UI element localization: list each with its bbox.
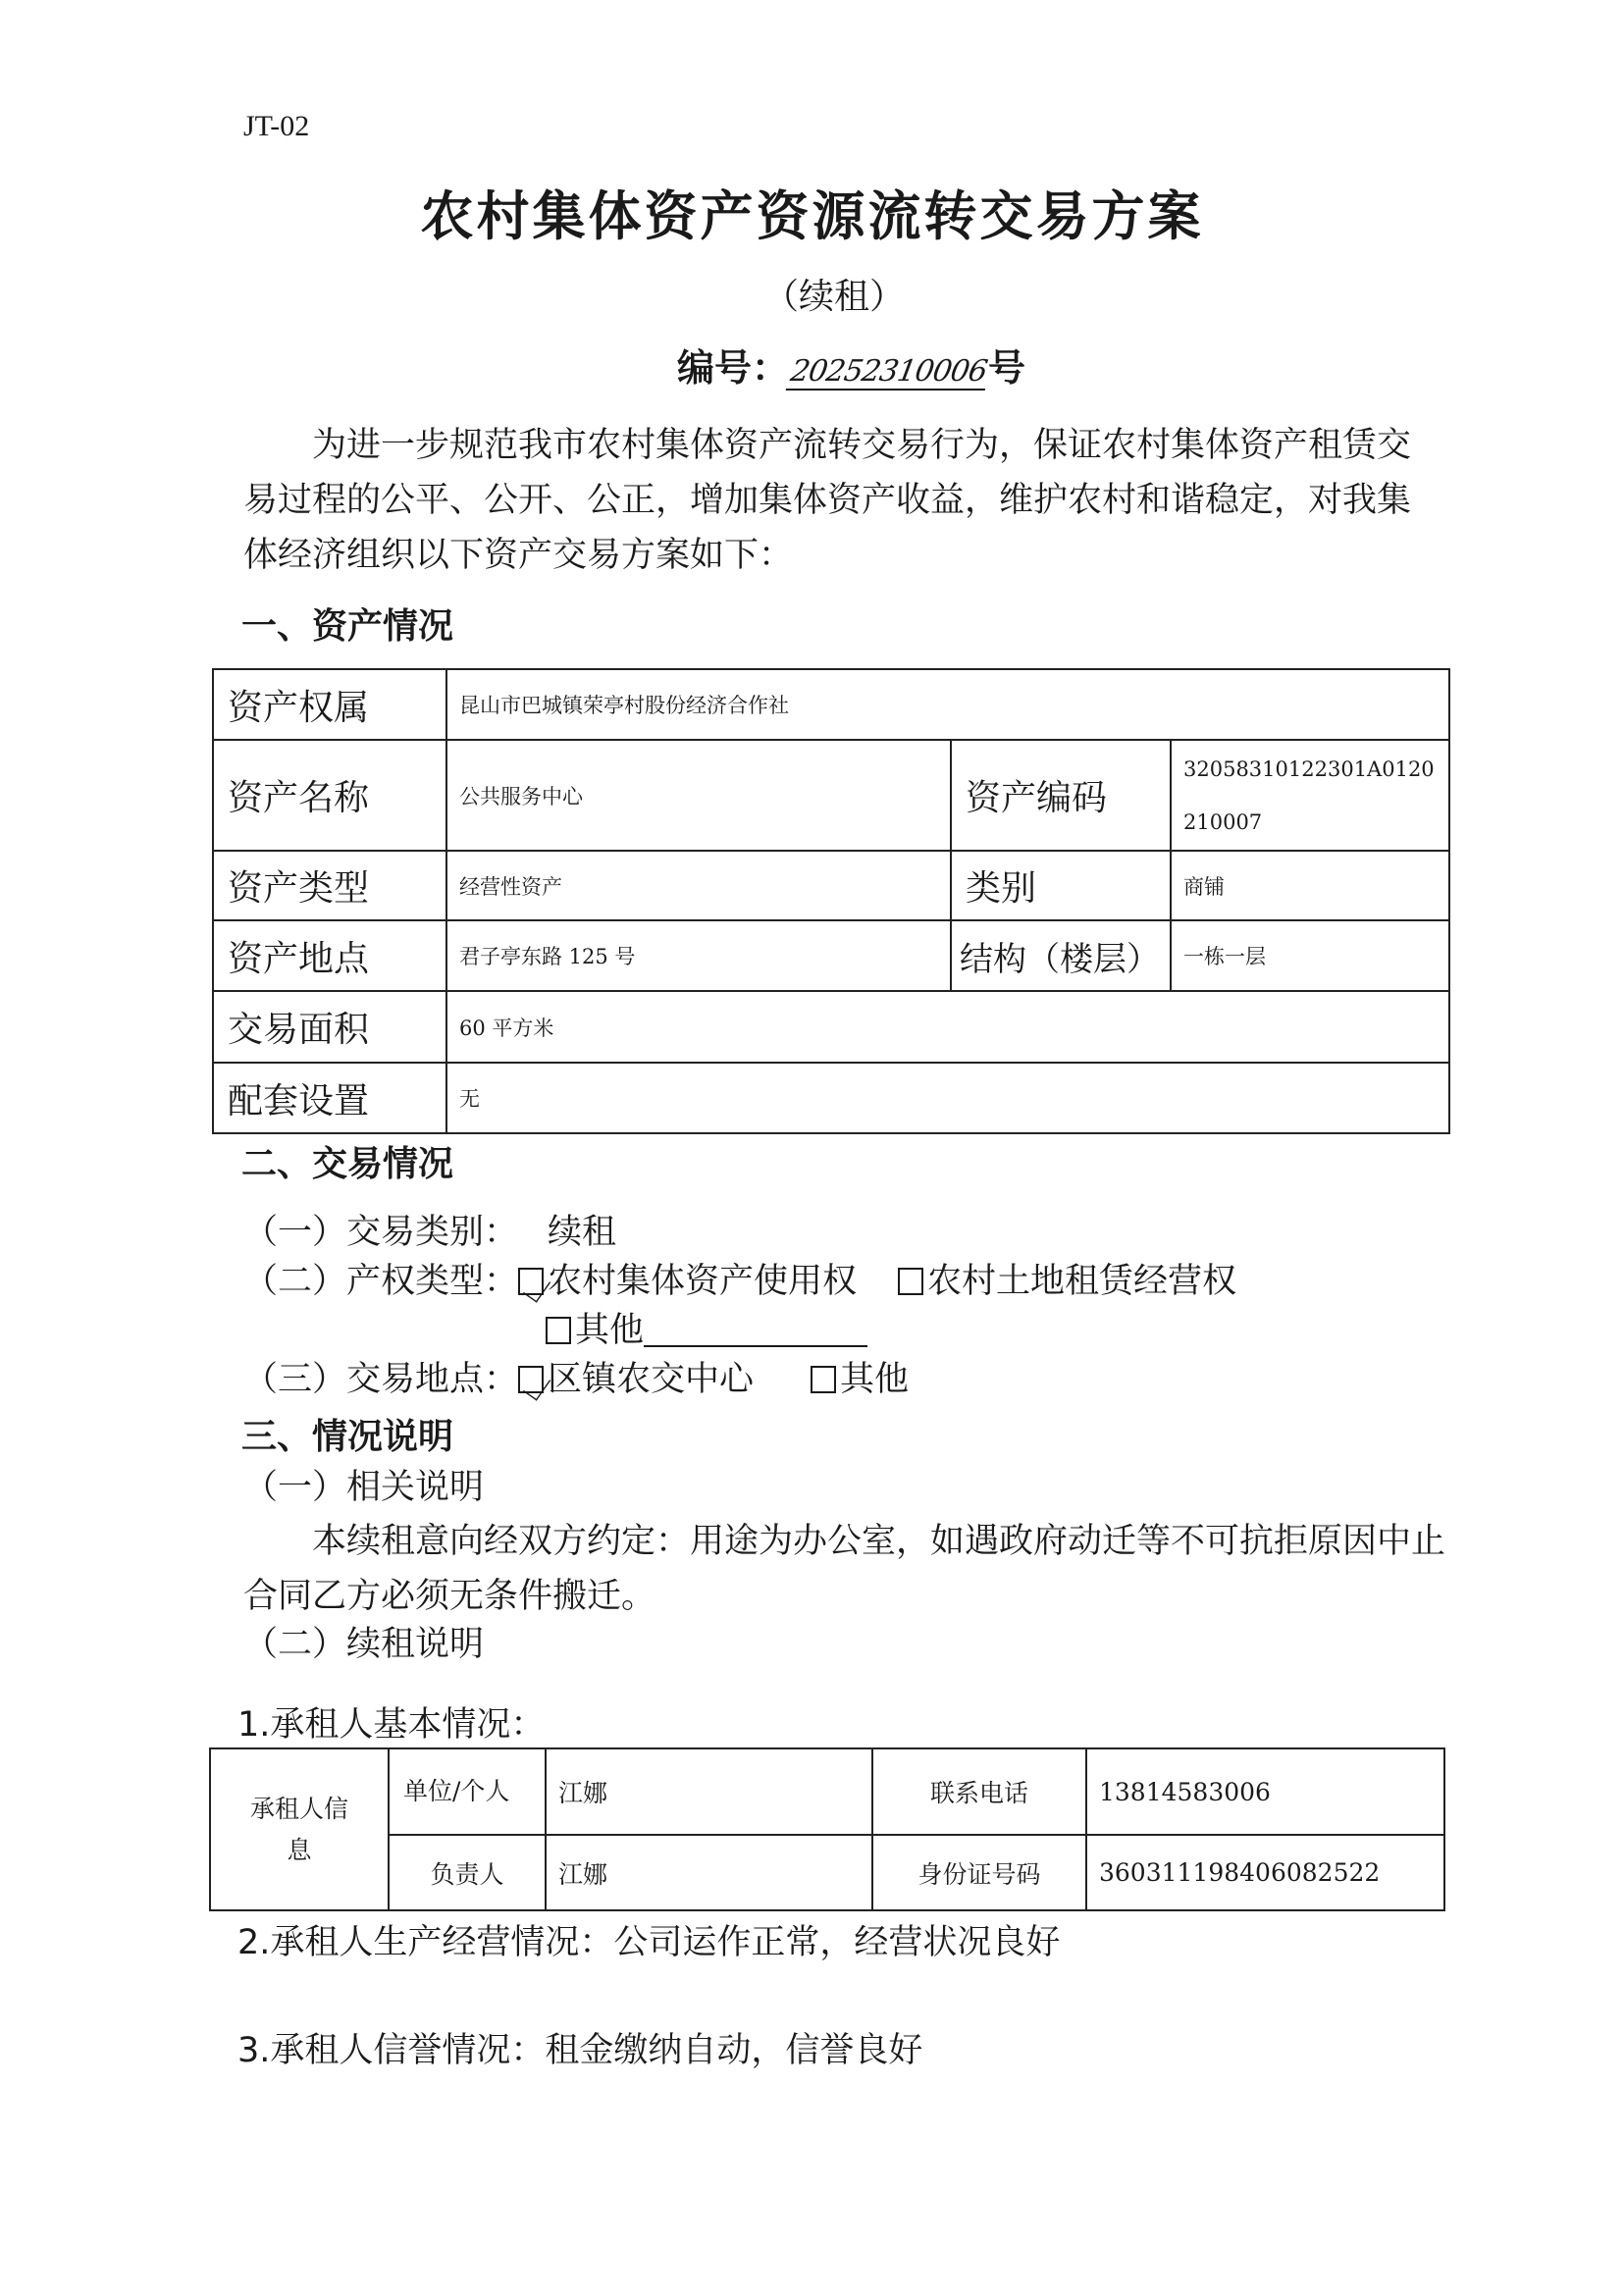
facilities-value: 无 xyxy=(446,1063,1449,1133)
property-type-label: （二）产权类型： xyxy=(243,1262,518,1301)
id-value: 360311198406082522 xyxy=(1086,1835,1444,1910)
structure-label: 结构（楼层） xyxy=(951,920,1171,991)
checkbox-collective-asset-use-right[interactable] xyxy=(518,1268,544,1295)
asset-row-facilities: 配套设置 无 xyxy=(213,1063,1449,1133)
lessee-basic-info-heading: 1.承租人基本情况： xyxy=(237,1697,545,1752)
name-label: 资产名称 xyxy=(213,740,446,851)
transaction-category-line: （一）交易类别：续租 xyxy=(243,1205,616,1260)
area-label: 交易面积 xyxy=(213,991,446,1063)
document-subtitle: （续租） xyxy=(0,269,1624,319)
phone-label: 联系电话 xyxy=(872,1748,1086,1835)
sub-heading-related: （一）相关说明 xyxy=(243,1460,484,1515)
asset-row-ownership: 资产权属 昆山市巴城镇荣亭村股份经济合作社 xyxy=(213,669,1449,740)
unit-label: 单位/个人 xyxy=(389,1748,546,1835)
checkbox-property-other[interactable] xyxy=(546,1317,571,1344)
id-label: 身份证号码 xyxy=(872,1835,1086,1910)
code-value: 32058310122301A0120 210007 xyxy=(1171,740,1449,851)
option-land-lease-right: 农村土地租赁经营权 xyxy=(927,1262,1236,1301)
transaction-location-line: （三）交易地点：区镇农交中心其他 xyxy=(243,1352,909,1407)
option-collective-asset-use-right: 农村集体资产使用权 xyxy=(548,1262,857,1301)
option-location-other: 其他 xyxy=(840,1360,909,1399)
option-town-center: 区镇农交中心 xyxy=(548,1360,754,1399)
asset-row-location: 资产地点 君子亭东路 125 号 结构（楼层） 一栋一层 xyxy=(213,920,1449,991)
checkbox-land-lease-right[interactable] xyxy=(898,1268,923,1295)
sub-heading-renewal: （二）续租说明 xyxy=(243,1617,484,1672)
section-heading-explanation: 三、情况说明 xyxy=(241,1409,453,1459)
unit-value: 江娜 xyxy=(546,1748,872,1835)
transaction-category-value: 续租 xyxy=(548,1213,616,1252)
form-code: JT-02 xyxy=(243,110,309,143)
category-label: 类别 xyxy=(951,851,1171,920)
facilities-label: 配套设置 xyxy=(213,1063,446,1133)
area-value: 60 平方米 xyxy=(446,991,1449,1063)
structure-value: 一栋一层 xyxy=(1171,920,1449,991)
number-handwritten-value: 20252310006 xyxy=(786,354,991,391)
category-value: 商铺 xyxy=(1171,851,1449,920)
lessee-info-label: 承租人信息 xyxy=(210,1748,389,1910)
document-number: 编号：20252310006号 xyxy=(677,338,1025,391)
person-label: 负责人 xyxy=(389,1835,546,1910)
phone-value: 13814583006 xyxy=(1086,1748,1444,1835)
other-blank-field[interactable] xyxy=(644,1312,867,1347)
lessee-credit-status: 3.承租人信誉情况：租金缴纳自动，信誉良好 xyxy=(237,2023,922,2078)
intro-paragraph: 为进一步规范我市农村集体资产流转交易行为，保证农村集体资产租赁交易过程的公平、公… xyxy=(243,418,1441,583)
number-suffix: 号 xyxy=(988,346,1025,390)
lessee-table: 承租人信息 单位/个人 江娜 联系电话 13814583006 负责人 江娜 身… xyxy=(209,1747,1445,1911)
section-heading-transaction: 二、交易情况 xyxy=(241,1136,453,1186)
asset-row-type: 资产类型 经营性资产 类别 商铺 xyxy=(213,851,1449,920)
transaction-category-label: （一）交易类别： xyxy=(243,1213,518,1252)
code-value-line1: 32058310122301A0120 xyxy=(1183,743,1437,796)
asset-row-area: 交易面积 60 平方米 xyxy=(213,991,1449,1063)
location-label: 资产地点 xyxy=(213,920,446,991)
ownership-label: 资产权属 xyxy=(213,669,446,740)
code-label: 资产编码 xyxy=(951,740,1171,851)
checkbox-location-other[interactable] xyxy=(811,1366,836,1393)
document-title: 农村集体资产资源流转交易方案 xyxy=(0,175,1624,250)
number-label: 编号： xyxy=(677,346,789,390)
location-value: 君子亭东路 125 号 xyxy=(446,920,951,991)
option-property-other: 其他 xyxy=(575,1311,644,1350)
type-value: 经营性资产 xyxy=(446,851,951,920)
lessee-operation-status: 2.承租人生产经营情况：公司运作正常，经营状况良好 xyxy=(237,1915,1060,1970)
checkbox-town-center[interactable] xyxy=(518,1366,544,1393)
asset-row-name: 资产名称 公共服务中心 资产编码 32058310122301A0120 210… xyxy=(213,740,1449,851)
related-explanation-text: 本续租意向经双方约定：用途为办公室，如遇政府动迁等不可抗拒原因中止合同乙方必须无… xyxy=(243,1514,1445,1624)
property-type-other-line: 其他 xyxy=(546,1303,867,1358)
lessee-row-unit: 承租人信息 单位/个人 江娜 联系电话 13814583006 xyxy=(210,1748,1444,1835)
asset-table: 资产权属 昆山市巴城镇荣亭村股份经济合作社 资产名称 公共服务中心 资产编码 3… xyxy=(212,668,1450,1134)
property-type-line: （二）产权类型：农村集体资产使用权农村土地租赁经营权 xyxy=(243,1254,1236,1309)
person-value: 江娜 xyxy=(546,1835,872,1910)
ownership-value: 昆山市巴城镇荣亭村股份经济合作社 xyxy=(446,669,1449,740)
type-label: 资产类型 xyxy=(213,851,446,920)
code-value-line2: 210007 xyxy=(1183,796,1437,849)
transaction-location-label: （三）交易地点： xyxy=(243,1360,518,1399)
lessee-row-person: 负责人 江娜 身份证号码 360311198406082522 xyxy=(210,1835,1444,1910)
section-heading-assets: 一、资产情况 xyxy=(241,599,453,649)
name-value: 公共服务中心 xyxy=(446,740,951,851)
